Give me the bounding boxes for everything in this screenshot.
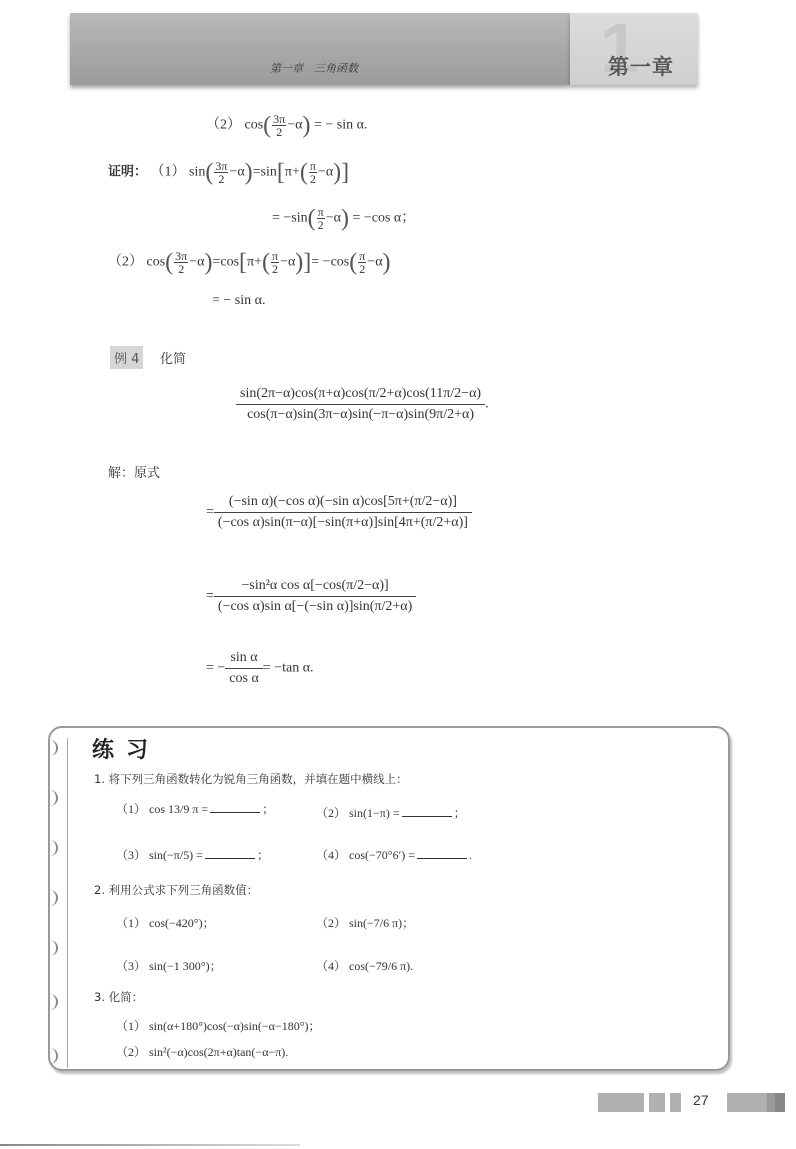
page-edge-line <box>0 1144 300 1146</box>
solution-step-1: =(−sin α)(−cos α)(−sin α)cos[5π+(π/2−α)]… <box>206 494 472 531</box>
q2-item-3: （3） sin(−1 300°)； <box>116 957 222 974</box>
chapter-tab-label: 第一章 <box>608 51 674 81</box>
answer-blank[interactable] <box>210 812 260 813</box>
footer-bar <box>775 1093 785 1112</box>
example-expression: sin(2π−α)cos(π+α)cos(π/2+α)cos(11π/2−α)c… <box>236 386 489 423</box>
binder-spine <box>67 738 68 1068</box>
exercise-title: 练习 <box>92 733 160 764</box>
fraction: 3π2 <box>272 113 286 138</box>
solution-label: 解：原式 <box>108 462 160 481</box>
item-label: （2） <box>108 255 143 270</box>
fn: cos <box>245 118 264 133</box>
answer-blank[interactable] <box>205 858 255 859</box>
answer-blank[interactable] <box>417 858 467 859</box>
binder-ring-icon <box>44 1048 58 1064</box>
q2-item-4: （4） cos(−79/6 π). <box>316 957 413 974</box>
example-label: 例 4 <box>110 346 143 369</box>
footer-bar <box>649 1093 665 1112</box>
q2-item-1: （1） cos(−420°)； <box>116 914 215 931</box>
answer-blank[interactable] <box>402 816 452 817</box>
proof-1-line-1: 证明： （1） sin(3π2−α)=sin[π+(π2−α)] <box>108 160 349 185</box>
q1-item-2: （2） sin(1−π) =； <box>316 804 466 821</box>
solution-step-3: = −sin αcos α= −tan α. <box>206 650 314 687</box>
q3-item-2: （2） sin²(−α)cos(2π+α)tan(−α−π). <box>116 1043 288 1060</box>
footer-bar <box>727 1093 767 1112</box>
item-label: （2） <box>206 118 241 133</box>
binder-ring-icon <box>44 940 58 956</box>
binder-ring-icon <box>44 890 58 906</box>
statement-2: （2） cos(3π2−α) = − sin α. <box>206 113 367 138</box>
example-title: 化简 <box>160 348 186 367</box>
chapter-tab: 1 第一章 <box>570 13 698 85</box>
proof-2-line-2: = − sin α. <box>212 293 265 309</box>
q1-item-3: （3） sin(−π/5) =； <box>116 846 269 863</box>
item-label: （1） <box>151 165 186 180</box>
proof-2-line-1: （2） cos(3π2−α)=cos[π+(π2−α)]= −cos(π2−α) <box>108 250 391 275</box>
question-3: 3. 化简： <box>94 989 143 1005</box>
footer-bar <box>670 1093 681 1112</box>
question-2: 2. 利用公式求下列三角函数值： <box>94 882 258 898</box>
binder-ring-icon <box>44 790 58 806</box>
binder-ring-icon <box>44 740 58 756</box>
rhs: = − sin α. <box>314 118 367 133</box>
proof-label: 证明： <box>108 165 147 180</box>
q2-item-2: （2） sin(−7/6 π)； <box>316 914 414 931</box>
binder-ring-icon <box>44 994 58 1010</box>
page-number: 27 <box>693 1092 709 1108</box>
q3-item-1: （1） sin(α+180°)cos(−α)sin(−α−180°)； <box>116 1017 321 1034</box>
running-title: 第一章 三角函数 <box>270 60 358 76</box>
proof-1-line-2: = −sin(π2−α) = −cos α； <box>272 206 415 231</box>
q1-item-1: （1） cos 13/9 π =； <box>116 800 274 817</box>
binder-ring-icon <box>44 840 58 856</box>
question-1: 1. 将下列三角函数转化为锐角三角函数，并填在题中横线上： <box>94 771 408 787</box>
footer-bar <box>767 1093 775 1112</box>
q1-item-4: （4） cos(−70°6′) =. <box>316 846 472 863</box>
footer-bar <box>598 1093 644 1112</box>
solution-step-2: =−sin²α cos α[−cos(π/2−α)](−cos α)sin α[… <box>206 578 416 615</box>
